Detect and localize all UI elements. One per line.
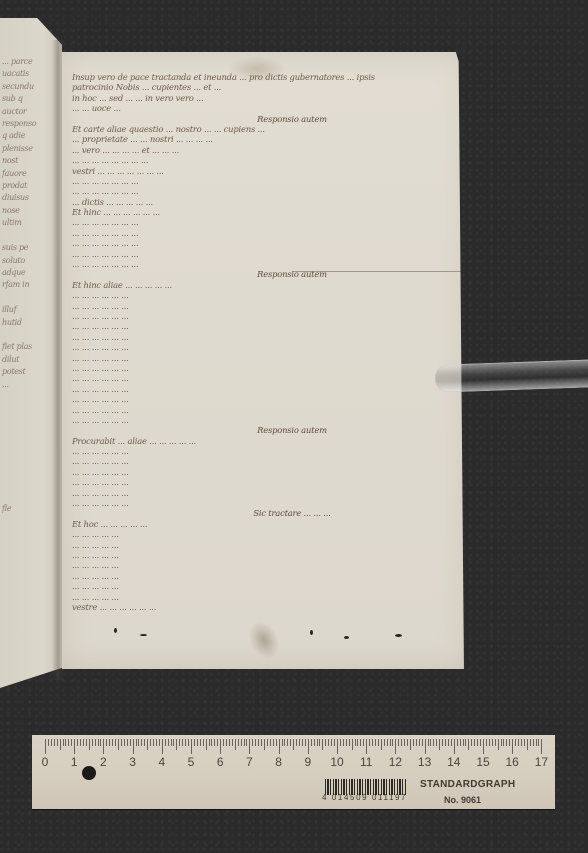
text-line: ... ... ... ... ... ... — [72, 384, 452, 394]
ruler-tick — [413, 739, 414, 746]
ruler-tick — [346, 739, 347, 746]
ink-speck — [395, 634, 402, 637]
ruler-tick — [287, 739, 288, 746]
text-line: ... ... ... ... ... ... — [72, 373, 452, 383]
ruler-tick — [527, 739, 528, 750]
text-line: ... ... ... ... ... — [72, 571, 452, 581]
ruler-tick — [284, 739, 285, 746]
ruler-tick — [305, 739, 306, 746]
ruler-number: 7 — [246, 755, 253, 769]
text-line: in hoc ... sed ... ... in vero vero ... — [72, 93, 452, 103]
ruler-tick — [68, 739, 69, 746]
ruler-tick — [340, 739, 341, 746]
ruler-number: 4 — [158, 755, 165, 769]
ruler-tick — [387, 739, 388, 746]
ruler-brand: STANDARDGRAPH — [420, 779, 515, 790]
ruler-tick — [381, 739, 382, 750]
ruler-tick — [530, 739, 531, 746]
ruler-number: 3 — [129, 755, 136, 769]
ruler-tick — [302, 739, 303, 746]
ruler-tick — [433, 739, 434, 746]
text-line: ... ... ... ... ... ... — [72, 467, 452, 477]
text-line: ... ... ... ... ... ... — [72, 332, 452, 342]
ruler-ticks — [45, 739, 542, 755]
text-line: ... ... ... ... ... ... ... — [72, 259, 452, 269]
ruler-tick — [343, 739, 344, 746]
ruler-tick — [214, 739, 215, 746]
text-line: ... ... ... ... ... ... — [72, 311, 452, 321]
ruler-tick — [121, 739, 122, 746]
ruler-tick — [349, 739, 350, 746]
section-heading: Responsio autem — [72, 114, 452, 124]
ruler-tick — [80, 739, 81, 746]
text-line: Insup vero de pace tractanda et ineunda … — [72, 72, 452, 82]
ruler-number: 6 — [217, 755, 224, 769]
ruler-tick — [229, 739, 230, 746]
ruler-tick — [404, 739, 405, 746]
ruler-tick — [363, 739, 364, 746]
text-line: ... ... ... ... ... ... ... — [72, 186, 452, 196]
ruler-tick — [235, 739, 236, 750]
ruler-tick — [477, 739, 478, 746]
ruler-tick — [430, 739, 431, 746]
ruler-tick — [422, 739, 423, 746]
text-line: ... ... ... ... ... — [72, 550, 452, 560]
ruler-tick — [474, 739, 475, 746]
ruler-tick — [337, 739, 338, 754]
ruler-tick — [428, 739, 429, 746]
ruler-tick — [115, 739, 116, 746]
ruler-tick — [63, 739, 64, 746]
ruler-tick — [159, 739, 160, 746]
ruler-tick — [74, 739, 75, 754]
ruler-tick — [536, 739, 537, 746]
ruler-tick — [153, 739, 154, 746]
ruler-tick — [489, 739, 490, 746]
text-line: ... ... ... ... ... ... — [72, 498, 452, 508]
text-line: ... ... ... ... ... ... ... — [72, 228, 452, 238]
text-line: ... ... ... ... ... ... — [72, 290, 452, 300]
ruler-tick — [197, 739, 198, 746]
ruler-tick — [176, 739, 177, 750]
text-line: ... ... ... ... ... ... ... — [72, 249, 452, 259]
ruler-tick — [319, 739, 320, 746]
text-line: ... dictis ... ... ... ... ... — [72, 197, 452, 207]
text-line: ... ... ... ... ... — [72, 540, 452, 550]
ruler-tick — [416, 739, 417, 746]
text-line: ... ... ... ... ... ... — [72, 405, 452, 415]
ruler-tick — [171, 739, 172, 746]
ruler-tick — [203, 739, 204, 746]
ruler-tick — [211, 739, 212, 746]
ruler-number: 15 — [476, 755, 489, 769]
ruler-tick — [541, 739, 542, 754]
ruler-tick — [150, 739, 151, 746]
ruler-tick — [495, 739, 496, 746]
ruler-tick — [83, 739, 84, 746]
ruler-number: 14 — [447, 755, 460, 769]
ruler-tick — [282, 739, 283, 746]
ruler-tick — [290, 739, 291, 746]
ruler-tick — [217, 739, 218, 746]
ruler-tick — [48, 739, 49, 746]
text-line: Et hinc ... ... ... ... ... ... — [72, 207, 452, 217]
ruler-tick — [369, 739, 370, 746]
ruler-tick — [267, 739, 268, 746]
text-line: ... ... ... ... ... — [72, 592, 452, 602]
ruler-tick — [51, 739, 52, 746]
text-line: Et carte aliae quaestio ... nostro ... .… — [72, 124, 452, 134]
ruler-tick — [407, 739, 408, 746]
ruler-tick — [317, 739, 318, 746]
ruler-tick — [124, 739, 125, 746]
left-page-text: ... parce uacatis secundu sub q auctor r… — [2, 56, 56, 616]
ruler-tick — [322, 739, 323, 750]
text-line: ... ... ... ... ... ... — [72, 488, 452, 498]
ruler-tick — [133, 739, 134, 754]
text-line: ... ... ... ... ... ... ... ... — [72, 155, 452, 165]
ruler-tick — [109, 739, 110, 746]
ink-speck — [140, 634, 147, 636]
ruler-tick — [366, 739, 367, 754]
ruler-tick — [246, 739, 247, 746]
ruler-tick — [241, 739, 242, 746]
ruler-tick — [498, 739, 499, 750]
ruler-tick — [468, 739, 469, 750]
ruler-tick — [252, 739, 253, 746]
ruler-tick — [188, 739, 189, 746]
text-line: ... ... ... ... ... — [72, 560, 452, 570]
ruler-number: 9 — [304, 755, 311, 769]
ruler-tick — [89, 739, 90, 750]
glass-pointer-rod — [435, 359, 588, 393]
ruler-tick — [226, 739, 227, 746]
manuscript-photo: ... parce uacatis secundu sub q auctor r… — [0, 0, 588, 853]
ruler-tick — [255, 739, 256, 746]
text-line: ... vero ... ... ... ... et ... ... ... — [72, 145, 452, 155]
ruler-tick — [92, 739, 93, 746]
ruler-model: No. 9061 — [444, 795, 481, 805]
ruler-tick — [182, 739, 183, 746]
ruler-tick — [486, 739, 487, 746]
ruler-tick — [398, 739, 399, 746]
ruler-tick — [372, 739, 373, 746]
text-line: ... ... ... ... ... — [72, 529, 452, 539]
ruler-number: 5 — [188, 755, 195, 769]
ruler-tick — [57, 739, 58, 746]
ruler-tick — [355, 739, 356, 746]
ruler-tick — [270, 739, 271, 746]
ruler-number: 17 — [535, 755, 548, 769]
ruler-hole — [82, 766, 96, 780]
section-heading: Responsio autem — [72, 425, 452, 435]
ruler-tick — [65, 739, 66, 746]
ruler-tick — [156, 739, 157, 746]
ruler-number: 1 — [71, 755, 78, 769]
ruler-tick — [360, 739, 361, 746]
thumb-smudge — [243, 616, 285, 664]
ruler-tick — [311, 739, 312, 746]
text-line: ... ... ... ... ... ... — [72, 301, 452, 311]
ruler-number: 8 — [275, 755, 282, 769]
ruler-tick — [194, 739, 195, 746]
text-line: ... ... ... ... ... ... — [72, 353, 452, 363]
ruler-tick — [54, 739, 55, 746]
ruler-tick — [299, 739, 300, 746]
ruler-tick — [130, 739, 131, 746]
ruler-tick — [136, 739, 137, 746]
ruler-tick — [451, 739, 452, 746]
ruler-tick — [325, 739, 326, 746]
ruler-tick — [98, 739, 99, 746]
text-line: ... ... ... ... ... ... — [72, 415, 452, 425]
ruler-tick — [273, 739, 274, 746]
ruler-tick — [471, 739, 472, 746]
ruler-tick — [258, 739, 259, 746]
ruler-tick — [141, 739, 142, 746]
text-line: vestri ... ... ... ... ... ... ... — [72, 166, 452, 176]
ruler: 01234567891011121314151617 4 014509 0111… — [32, 735, 555, 809]
ruler-tick — [457, 739, 458, 746]
ruler-tick — [436, 739, 437, 746]
ruler-tick — [334, 739, 335, 746]
text-line: Procurabit ... aliae ... ... ... ... ... — [72, 436, 452, 446]
ruler-number: 16 — [506, 755, 519, 769]
ruler-tick — [173, 739, 174, 746]
ruler-number: 13 — [418, 755, 431, 769]
ruler-number: 11 — [360, 755, 372, 769]
ruler-tick — [515, 739, 516, 746]
ruler-number: 0 — [42, 755, 49, 769]
ruler-tick — [439, 739, 440, 750]
text-line: Et hoc ... ... ... ... ... — [72, 519, 452, 529]
text-line: ... ... ... ... ... ... ... — [72, 176, 452, 186]
ruler-tick — [492, 739, 493, 746]
ruler-number: 12 — [389, 755, 402, 769]
ruler-tick — [392, 739, 393, 746]
ruler-tick — [200, 739, 201, 746]
ruler-tick — [395, 739, 396, 754]
ruler-tick — [232, 739, 233, 746]
ruler-tick — [45, 739, 46, 754]
ruler-tick — [384, 739, 385, 746]
ruler-tick — [328, 739, 329, 746]
right-page: Insup vero de pace tractanda et ineunda … — [62, 52, 468, 669]
ruler-tick — [138, 739, 139, 746]
text-line: ... ... ... ... ... ... ... — [72, 238, 452, 248]
ruler-tick — [375, 739, 376, 746]
ruler-tick — [279, 739, 280, 754]
ruler-tick — [480, 739, 481, 746]
ruler-tick — [86, 739, 87, 746]
text-line: ... ... ... ... ... ... — [72, 321, 452, 331]
ruler-tick — [460, 739, 461, 746]
ruler-numbers: 01234567891011121314151617 — [32, 755, 555, 771]
ruler-tick — [209, 739, 210, 746]
text-line: ... ... ... ... ... — [72, 581, 452, 591]
ruler-tick — [249, 739, 250, 754]
text-line: patrocinio Nobis ... cupientes ... et ..… — [72, 82, 452, 92]
ruler-tick — [442, 739, 443, 746]
text-line: ... ... ... ... ... ... — [72, 456, 452, 466]
ruler-tick — [331, 739, 332, 746]
ruler-tick — [103, 739, 104, 754]
ruler-tick — [524, 739, 525, 746]
ruler-tick — [127, 739, 128, 746]
text-line: vestre ... ... ... ... ... ... — [72, 602, 452, 612]
ink-speck — [310, 630, 313, 635]
ruler-tick — [293, 739, 294, 750]
ruler-tick — [538, 739, 539, 746]
ruler-tick — [100, 739, 101, 746]
ruler-tick — [419, 739, 420, 746]
ruler-tick — [77, 739, 78, 746]
ruler-tick — [244, 739, 245, 746]
text-line: ... ... ... ... ... ... — [72, 394, 452, 404]
right-page-text: Insup vero de pace tractanda et ineunda … — [72, 72, 452, 612]
ruler-tick — [512, 739, 513, 754]
ink-speck — [344, 636, 349, 639]
ruler-tick — [264, 739, 265, 750]
ruler-tick — [390, 739, 391, 746]
ruler-tick — [378, 739, 379, 746]
ruler-tick — [465, 739, 466, 746]
ruler-tick — [206, 739, 207, 750]
ruler-tick — [521, 739, 522, 746]
ruler-tick — [445, 739, 446, 746]
ruler-tick — [308, 739, 309, 754]
ruler-tick — [533, 739, 534, 746]
ruler-tick — [357, 739, 358, 746]
ruler-tick — [401, 739, 402, 746]
ruler-tick — [506, 739, 507, 746]
ruler-tick — [276, 739, 277, 746]
ruler-tick — [168, 739, 169, 746]
ruler-tick — [191, 739, 192, 754]
ruler-tick — [60, 739, 61, 750]
ruler-tick — [518, 739, 519, 746]
ruler-tick — [106, 739, 107, 746]
ruler-tick — [185, 739, 186, 746]
ruler-number: 10 — [330, 755, 343, 769]
ruler-tick — [144, 739, 145, 746]
text-line: ... ... ... ... ... ... — [72, 342, 452, 352]
text-line: ... ... uoce ... — [72, 103, 452, 113]
ruler-tick — [223, 739, 224, 746]
fold-line — [292, 271, 468, 272]
ruler-tick — [503, 739, 504, 746]
text-line: ... ... ... ... ... ... ... — [72, 217, 452, 227]
ruler-tick — [454, 739, 455, 754]
ruler-tick — [463, 739, 464, 746]
ruler-tick — [118, 739, 119, 750]
ruler-tick — [95, 739, 96, 746]
ruler-tick — [352, 739, 353, 750]
ruler-number: 2 — [100, 755, 107, 769]
ruler-tick — [448, 739, 449, 746]
ruler-tick — [296, 739, 297, 746]
ruler-tick — [509, 739, 510, 746]
ruler-tick — [501, 739, 502, 746]
text-line: Et hinc aliae ... ... ... ... ... — [72, 280, 452, 290]
ruler-tick — [112, 739, 113, 746]
ruler-tick — [179, 739, 180, 746]
ruler-tick — [147, 739, 148, 750]
ruler-tick — [261, 739, 262, 746]
ruler-tick — [425, 739, 426, 754]
text-line: ... proprietate ... ... nostri ... ... .… — [72, 134, 452, 144]
text-line: ... ... ... ... ... ... — [72, 363, 452, 373]
ruler-tick — [162, 739, 163, 754]
ruler-tick — [71, 739, 72, 746]
ruler-tick — [165, 739, 166, 746]
ruler-tick — [220, 739, 221, 754]
ink-speck — [114, 628, 117, 633]
text-line: ... ... ... ... ... ... — [72, 477, 452, 487]
ruler-tick — [483, 739, 484, 754]
ruler-tick — [238, 739, 239, 746]
text-line: ... ... ... ... ... ... — [72, 446, 452, 456]
ruler-tick — [314, 739, 315, 746]
barcode-number: 4 014509 011197 — [322, 793, 407, 802]
section-heading: Sic tractare ... ... ... — [72, 508, 452, 518]
ruler-tick — [410, 739, 411, 750]
